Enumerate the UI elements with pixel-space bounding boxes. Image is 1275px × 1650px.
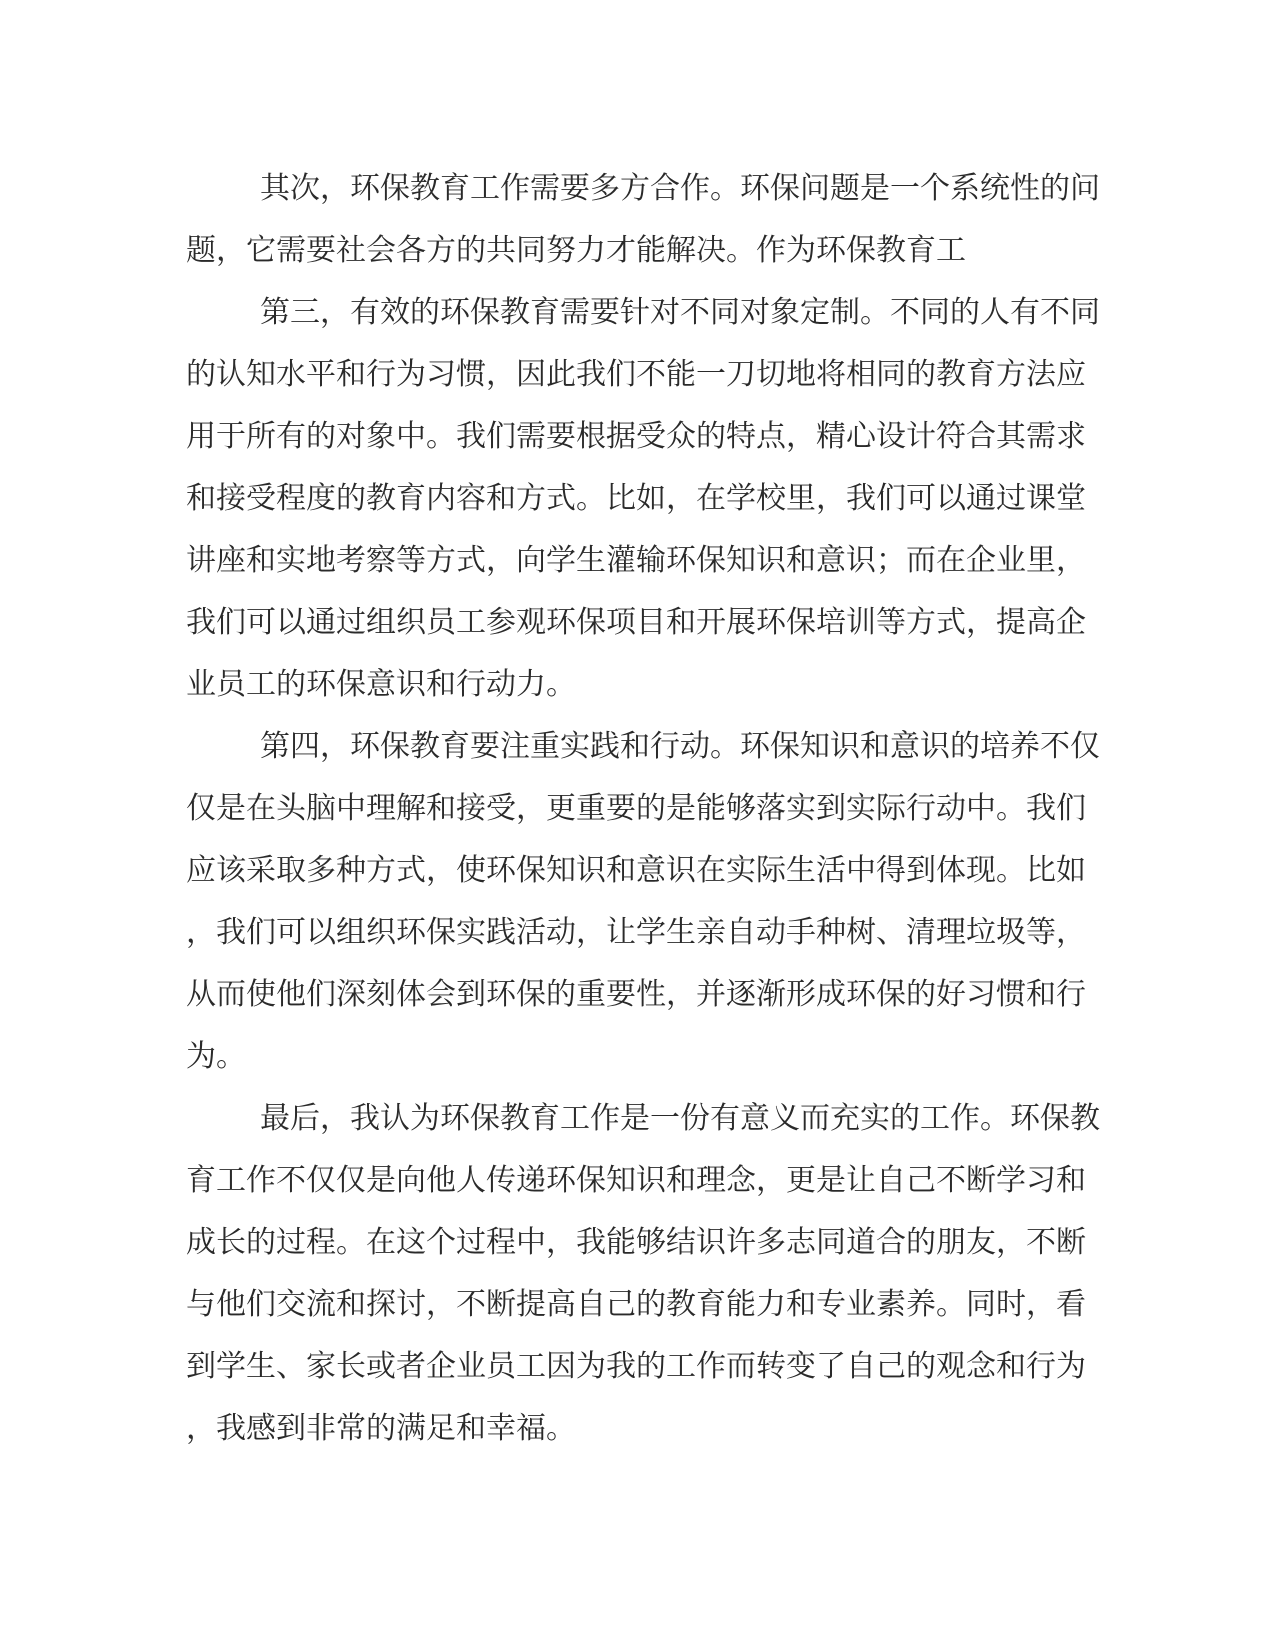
text-line: 应该采取多种方式，使环保知识和意识在实际生活中得到体现。比如 (186, 840, 1096, 902)
text-line: 最后，我认为环保教育工作是一份有意义而充实的工作。环保教 (186, 1088, 1096, 1150)
text-line: ，我感到非常的满足和幸福。 (186, 1398, 1096, 1460)
text-line: 讲座和实地考察等方式，向学生灌输环保知识和意识；而在企业里， (186, 530, 1096, 592)
text-line: 业员工的环保意识和行动力。 (186, 654, 1096, 716)
text-line: 与他们交流和探讨，不断提高自己的教育能力和专业素养。同时，看 (186, 1274, 1096, 1336)
text-line: 从而使他们深刻体会到环保的重要性，并逐渐形成环保的好习惯和行 (186, 964, 1096, 1026)
document-text: 其次，环保教育工作需要多方合作。环保问题是一个系统性的问题，它需要社会各方的共同… (186, 158, 1096, 1460)
paragraph-2: 第三，有效的环保教育需要针对不同对象定制。不同的人有不同的认知水平和行为习惯，因… (186, 282, 1096, 716)
text-line: 的认知水平和行为习惯，因此我们不能一刀切地将相同的教育方法应 (186, 344, 1096, 406)
text-line: ，我们可以组织环保实践活动，让学生亲自动手种树、清理垃圾等， (186, 902, 1096, 964)
paragraph-3: 第四，环保教育要注重实践和行动。环保知识和意识的培养不仅仅是在头脑中理解和接受，… (186, 716, 1096, 1088)
text-line: 题，它需要社会各方的共同努力才能解决。作为环保教育工 (186, 220, 1096, 282)
text-line: 其次，环保教育工作需要多方合作。环保问题是一个系统性的问 (186, 158, 1096, 220)
text-line: 我们可以通过组织员工参观环保项目和开展环保培训等方式，提高企 (186, 592, 1096, 654)
text-line: 第三，有效的环保教育需要针对不同对象定制。不同的人有不同 (186, 282, 1096, 344)
paragraph-1: 其次，环保教育工作需要多方合作。环保问题是一个系统性的问题，它需要社会各方的共同… (186, 158, 1096, 282)
text-line: 用于所有的对象中。我们需要根据受众的特点，精心设计符合其需求 (186, 406, 1096, 468)
text-line: 仅是在头脑中理解和接受，更重要的是能够落实到实际行动中。我们 (186, 778, 1096, 840)
text-line: 和接受程度的教育内容和方式。比如，在学校里，我们可以通过课堂 (186, 468, 1096, 530)
document-page: 其次，环保教育工作需要多方合作。环保问题是一个系统性的问题，它需要社会各方的共同… (0, 0, 1275, 1650)
text-line: 为。 (186, 1026, 1096, 1088)
paragraph-4: 最后，我认为环保教育工作是一份有意义而充实的工作。环保教育工作不仅仅是向他人传递… (186, 1088, 1096, 1460)
text-line: 到学生、家长或者企业员工因为我的工作而转变了自己的观念和行为 (186, 1336, 1096, 1398)
text-line: 成长的过程。在这个过程中，我能够结识许多志同道合的朋友，不断 (186, 1212, 1096, 1274)
text-line: 第四，环保教育要注重实践和行动。环保知识和意识的培养不仅 (186, 716, 1096, 778)
text-line: 育工作不仅仅是向他人传递环保知识和理念，更是让自己不断学习和 (186, 1150, 1096, 1212)
